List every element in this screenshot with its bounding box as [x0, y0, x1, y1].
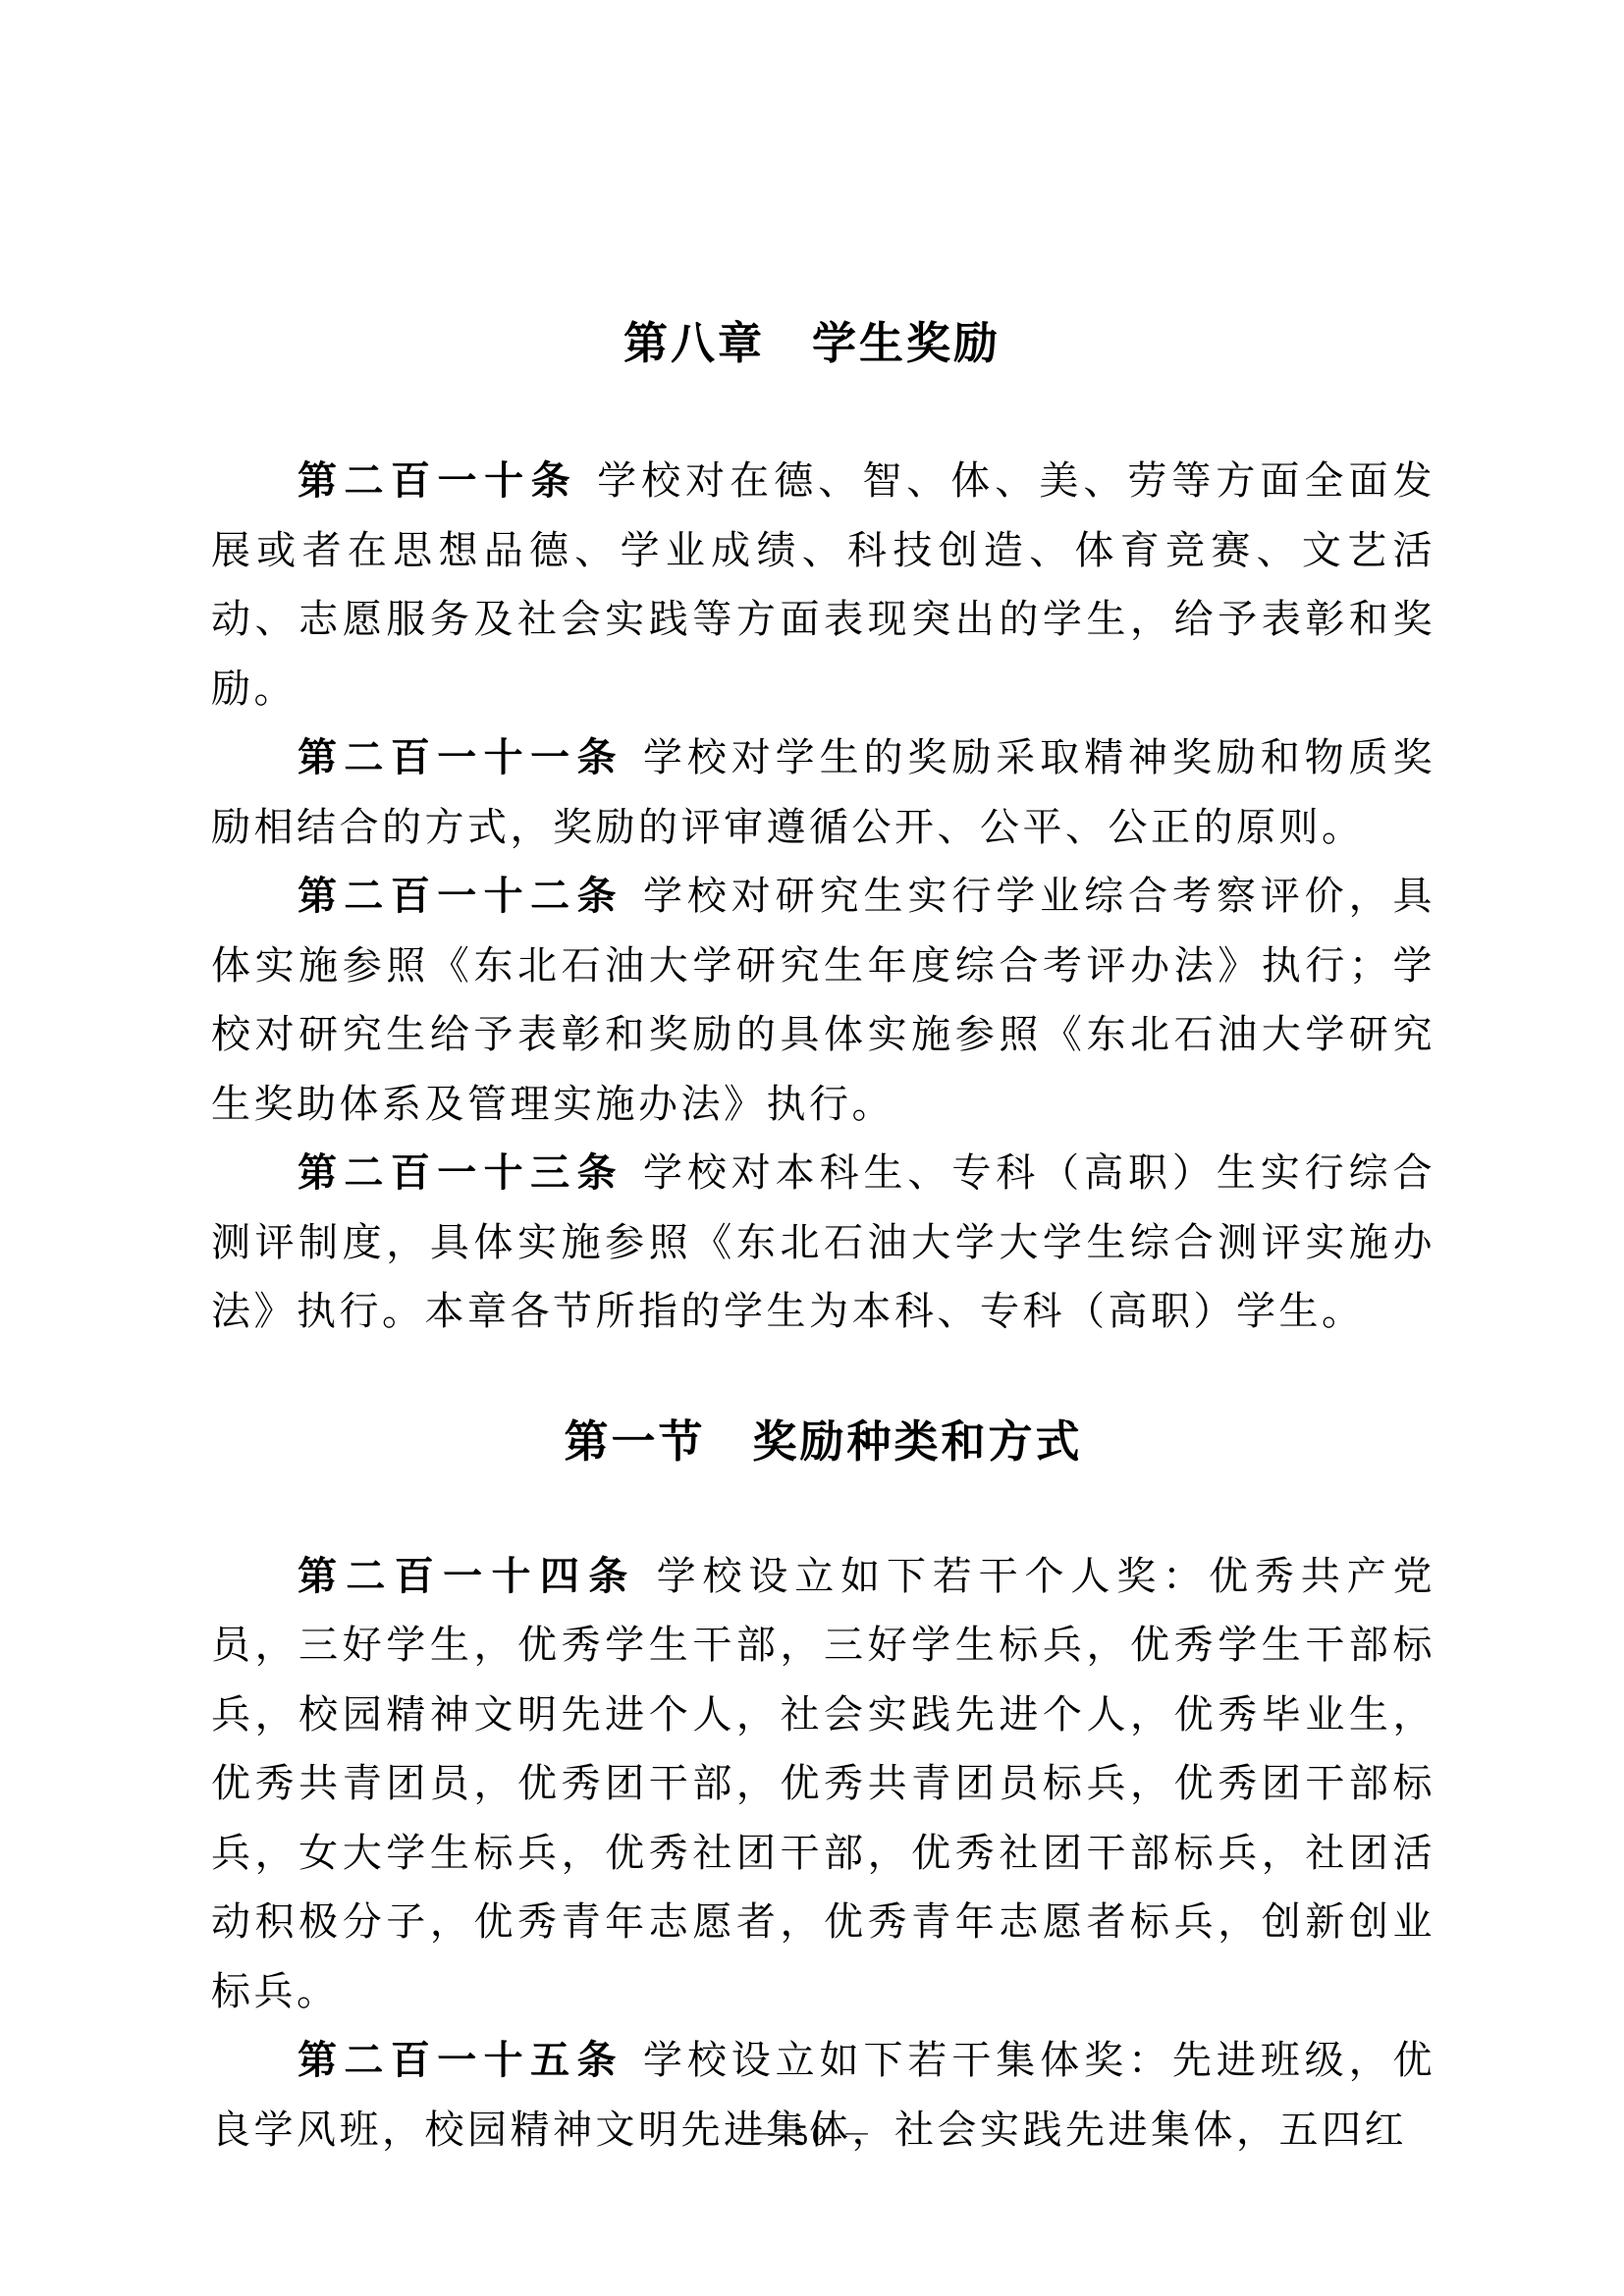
article-213-number: 第二百一十三条 [298, 1151, 623, 1195]
article-214-number: 第二百一十四条 [298, 1555, 637, 1598]
article-211-number: 第二百一十一条 [298, 736, 623, 779]
article-214: 第二百一十四条学校设立如下若干个人奖：优秀共产党员，三好学生，优秀学生干部，三好… [211, 1542, 1435, 2027]
page-number: － 50 － [0, 2116, 1624, 2156]
article-215-number: 第二百一十五条 [298, 2039, 623, 2082]
document-page: 第八章 学生奖励 第二百一十条学校对在德、智、体、美、劳等方面全面发展或者在思想… [0, 0, 1624, 2296]
article-210-number: 第二百一十条 [298, 459, 577, 503]
article-213: 第二百一十三条学校对本科生、专科（高职）生实行综合测评制度，具体实施参照《东北石… [211, 1139, 1435, 1347]
document-body: 第二百一十条学校对在德、智、体、美、劳等方面全面发展或者在思想品德、学业成绩、科… [211, 447, 1435, 2164]
article-210: 第二百一十条学校对在德、智、体、美、劳等方面全面发展或者在思想品德、学业成绩、科… [211, 447, 1435, 723]
chapter-title: 第八章 学生奖励 [0, 0, 1624, 385]
article-211: 第二百一十一条学校对学生的奖励采取精神奖励和物质奖励相结合的方式，奖励的评审遵循… [211, 723, 1435, 862]
article-212: 第二百一十二条学校对研究生实行学业综合考察评价，具体实施参照《东北石油大学研究生… [211, 862, 1435, 1139]
article-212-number: 第二百一十二条 [298, 875, 623, 918]
section-heading: 第一节 奖励种类和方式 [211, 1403, 1435, 1481]
article-214-text: 学校设立如下若干个人奖：优秀共产党员，三好学生，优秀学生干部，三好学生标兵，优秀… [211, 1554, 1435, 2013]
